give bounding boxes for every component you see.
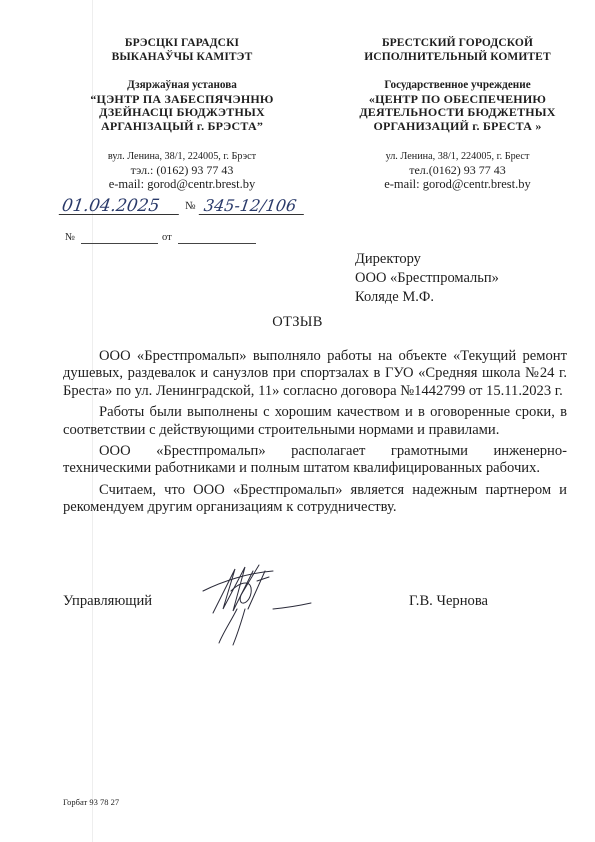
addressee-name: Коляде М.Ф. [355,288,499,307]
body-paragraph: Работы были выполнены с хорошим качество… [63,404,567,439]
institution-name-line3: ОРГАНИЗАЦИЙ г. БРЕСТА » [335,120,580,134]
handwritten-signature-icon [193,551,313,646]
outgoing-number-handwritten: 345-12/106 [199,197,307,215]
letter-body: ООО «Брестпромальп» выполняло работы на … [63,348,567,521]
incoming-from-label: от [162,232,172,243]
org-name-line2: ИСПОЛНИТЕЛЬНЫЙ КОМИТЕТ [335,51,580,65]
letterhead-russian: БРЕСТСКИЙ ГОРОДСКОЙ ИСПОЛНИТЕЛЬНЫЙ КОМИТ… [335,37,580,191]
institution-type: Государственное учреждение [335,79,580,93]
org-name-line1: БРЭСЦКІ ГАРАДСКІ [62,37,302,51]
outgoing-date-handwritten: 01.04.2025 [59,197,182,215]
incoming-number-blank [81,243,158,244]
executor-contact: Горбат 93 78 27 [63,797,119,807]
signatory-name: Г.В. Чернова [409,593,488,610]
phone: тэл.: (0162) 93 77 43 [62,163,302,177]
institution-name-line1: “ЦЭНТР ПА ЗАБЕСПЯЧЭННЮ [62,93,302,107]
signature-block: Управляющий Г.В. Чернова [63,593,567,613]
signatory-position: Управляющий [63,593,152,610]
letterhead-belarusian: БРЭСЦКІ ГАРАДСКІ ВЫКАНАЎЧЫ КАМІТЭТ Дзярж… [62,37,302,191]
document-title: ОТЗЫВ [0,314,595,331]
institution-type: Дзяржаўная установа [62,79,302,93]
outgoing-registration: 01.04.2025 № 345-12/106 [60,197,310,217]
incoming-number-label: № [65,232,75,243]
phone: тел.(0162) 93 77 43 [335,163,580,177]
institution-name-line2: ДЗЕЙНАСЦІ БЮДЖЭТНЫХ [62,106,302,120]
incoming-date-blank [178,243,256,244]
incoming-reference: № от [65,232,265,246]
body-paragraph: Считаем, что ООО «Брестпромальп» являетс… [63,482,567,517]
institution-name-line1: «ЦЕНТР ПО ОБЕСПЕЧЕНИЮ [335,93,580,107]
addressee-position: Директору [355,250,499,269]
email: e-mail: gorod@centr.brest.by [62,177,302,191]
org-name-line1: БРЕСТСКИЙ ГОРОДСКОЙ [335,37,580,51]
institution-name-line2: ДЕЯТЕЛЬНОСТИ БЮДЖЕТНЫХ [335,106,580,120]
address: ул. Ленина, 38/1, 224005, г. Брест [335,150,580,163]
addressee-company: ООО «Брестпромальп» [355,269,499,288]
body-paragraph: ООО «Брестпромальп» располагает грамотны… [63,443,567,478]
address: вул. Ленина, 38/1, 224005, г. Брэст [62,150,302,163]
body-paragraph: ООО «Брестпромальп» выполняло работы на … [63,348,567,400]
email: e-mail: gorod@centr.brest.by [335,177,580,191]
addressee-block: Директору ООО «Брестпромальп» Коляде М.Ф… [355,250,499,307]
institution-name-line3: АРГАНІЗАЦЫЙ г. БРЭСТА” [62,120,302,134]
outgoing-number-label: № [185,200,196,212]
org-name-line2: ВЫКАНАЎЧЫ КАМІТЭТ [62,51,302,65]
